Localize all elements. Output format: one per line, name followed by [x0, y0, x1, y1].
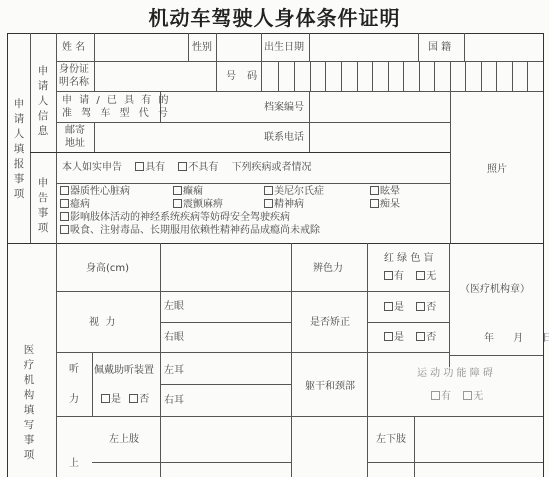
left-upper-limb-label: 左上肢 — [109, 433, 139, 446]
applicant-section-label: 申请人填报事项 — [12, 97, 26, 202]
address-label-1: 邮寄 — [65, 124, 85, 137]
condition-item[interactable]: 器质性心脏病 — [60, 185, 130, 198]
checkbox[interactable] — [101, 394, 110, 403]
checkbox[interactable] — [60, 186, 69, 195]
corrected-left-no[interactable]: 否 — [416, 302, 436, 313]
color-blind-no[interactable]: 无 — [416, 271, 436, 282]
birth-date-label: 出生日期 — [264, 41, 304, 54]
checkbox[interactable] — [135, 162, 144, 171]
checkbox[interactable] — [129, 394, 138, 403]
color-blind-yes[interactable]: 有 — [384, 271, 404, 282]
medical-section-label: 医疗机构填写事项 — [22, 343, 36, 463]
vehicle-type-label-1: 申 请 / 已 具 有 的 — [62, 94, 170, 107]
declare-label: 申告事项 — [36, 176, 50, 236]
color-vision-label: 辨色力 — [313, 262, 343, 275]
checkbox[interactable] — [384, 302, 393, 311]
address-field[interactable] — [96, 124, 262, 152]
checkbox[interactable] — [416, 271, 425, 280]
declare-yes-option[interactable]: 具有 — [135, 162, 165, 173]
corrected-right-options: 是 否 — [384, 331, 436, 344]
vehicle-type-label-2: 准 驾 车 型 代 号 — [62, 107, 171, 120]
corrected-right-no[interactable]: 否 — [416, 332, 436, 343]
declaration-prefix: 本人如实申告 — [62, 162, 122, 173]
height-label: 身高(cm) — [86, 262, 129, 275]
month-label: 月 — [513, 333, 523, 344]
left-eye-field[interactable] — [190, 293, 293, 322]
left-eye-label: 左眼 — [164, 300, 184, 313]
checkbox[interactable] — [416, 302, 425, 311]
corrected-left-options: 是 否 — [384, 301, 436, 314]
checkbox[interactable] — [370, 199, 379, 208]
color-blind-options: 有 无 — [384, 270, 436, 283]
condition-item[interactable]: 吸食、注射毒品、长期服用依赖性精神药品成瘾尚未戒除 — [60, 224, 320, 237]
declaration-suffix: 下列疾病或者情况 — [232, 162, 312, 173]
condition-item[interactable]: 痴呆 — [370, 198, 400, 211]
address-label-2: 地址 — [65, 137, 85, 150]
phone-label: 联系电话 — [264, 131, 304, 144]
checkbox[interactable] — [463, 391, 472, 400]
motor-disorder-yes[interactable]: 有 — [431, 391, 451, 402]
file-number-field[interactable] — [311, 93, 451, 122]
corrected-left-yes[interactable]: 是 — [384, 302, 404, 313]
hearing-label-2: 力 — [69, 393, 79, 406]
year-label: 年 — [484, 333, 494, 344]
condition-item[interactable]: 精神病 — [264, 198, 304, 211]
corrected-right-yes[interactable]: 是 — [384, 332, 404, 343]
birth-date-field[interactable] — [311, 35, 420, 61]
declare-no-option[interactable]: 不具有 — [178, 162, 218, 173]
motor-disorder-label: 运 动 功 能 障 碍 — [417, 367, 493, 380]
motor-disorder-no[interactable]: 无 — [463, 391, 483, 402]
left-ear-label: 左耳 — [164, 364, 184, 377]
checkbox[interactable] — [264, 199, 273, 208]
right-eye-label: 右眼 — [164, 331, 184, 344]
sex-label: 性别 — [192, 41, 212, 54]
checkbox[interactable] — [431, 391, 440, 400]
motor-disorder-options: 有 无 — [431, 390, 483, 403]
height-field[interactable] — [162, 245, 293, 291]
color-blind-label: 红 绿 色 盲 — [384, 252, 434, 265]
left-lower-limb-field[interactable] — [416, 418, 545, 462]
corrected-label: 是否矫正 — [310, 316, 350, 329]
checkbox[interactable] — [60, 199, 69, 208]
hearing-aid-label: 佩戴助听装置 — [94, 364, 154, 377]
medical-stamp-label: （医疗机构章） — [460, 283, 530, 296]
id-number-label: 号 码 — [226, 70, 261, 83]
date-row: 年 月 日 — [484, 332, 549, 345]
nationality-label: 国 籍 — [428, 41, 451, 54]
id-doc-name-field[interactable] — [96, 63, 218, 91]
condition-item[interactable]: 震颤麻痹 — [173, 198, 223, 211]
condition-item[interactable]: 眩晕 — [370, 185, 400, 198]
sex-field[interactable] — [218, 35, 262, 61]
hearing-aid-options: 是 否 — [101, 393, 149, 406]
photo-box[interactable] — [451, 92, 542, 242]
condition-item[interactable]: 影响肢体活动的神经系统疾病等妨碍安全驾驶疾病 — [60, 211, 290, 224]
day-label: 日 — [542, 333, 549, 344]
id-doc-name-label-2: 明名称 — [59, 76, 89, 89]
checkbox[interactable] — [178, 162, 187, 171]
hearing-aid-yes[interactable]: 是 — [101, 394, 121, 405]
hearing-label-1: 听 — [69, 363, 79, 376]
left-ear-field[interactable] — [190, 354, 293, 384]
checkbox[interactable] — [173, 186, 182, 195]
trunk-neck-label: 躯干和颈部 — [305, 380, 355, 393]
condition-item[interactable]: 癔病 — [60, 198, 90, 211]
declaration-row: 本人如实申告 具有 不具有 下列疾病或者情况 — [62, 161, 312, 174]
checkbox[interactable] — [60, 225, 69, 234]
id-doc-name-label-1: 身份证 — [59, 63, 89, 76]
checkbox[interactable] — [370, 186, 379, 195]
checkbox[interactable] — [60, 212, 69, 221]
name-label: 姓 名 — [62, 41, 85, 54]
left-lower-limb-label: 左下肢 — [376, 433, 406, 446]
phone-field[interactable] — [311, 124, 451, 152]
condition-item[interactable]: 美尼尔氏症 — [264, 185, 324, 198]
hearing-aid-no[interactable]: 否 — [129, 394, 149, 405]
checkbox[interactable] — [384, 332, 393, 341]
applicant-info-label: 申请人信息 — [36, 64, 50, 139]
checkbox[interactable] — [384, 271, 393, 280]
upper-limb-section-label: 上 — [69, 457, 79, 470]
right-eye-field[interactable] — [190, 324, 293, 352]
right-ear-field[interactable] — [190, 386, 293, 416]
right-ear-label: 右耳 — [164, 394, 184, 407]
nationality-field[interactable] — [466, 35, 545, 61]
page-title: 机动车驾驶人身体条件证明 — [0, 2, 549, 31]
checkbox[interactable] — [264, 186, 273, 195]
left-upper-limb-field[interactable] — [162, 418, 293, 462]
checkbox[interactable] — [173, 199, 182, 208]
file-number-label: 档案编号 — [264, 101, 304, 114]
vision-label: 视 力 — [89, 316, 115, 329]
name-field[interactable] — [96, 35, 190, 61]
condition-item[interactable]: 癫痫 — [173, 185, 203, 198]
checkbox[interactable] — [416, 332, 425, 341]
